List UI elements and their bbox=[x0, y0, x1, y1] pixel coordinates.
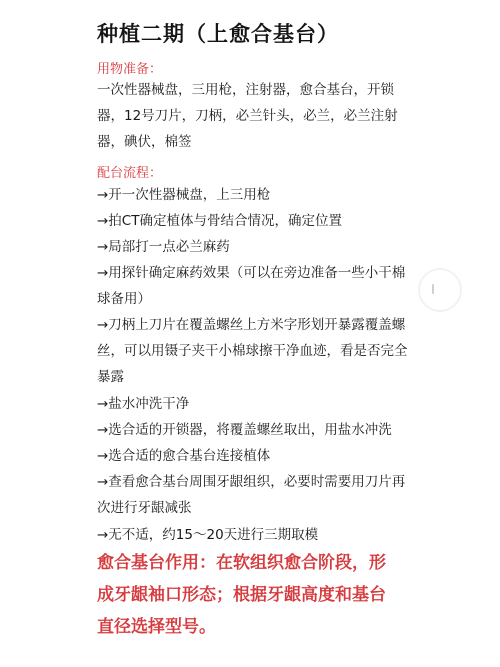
step-line: →查看愈合基台周围牙龈组织，必要时需要用刀片再 bbox=[97, 469, 409, 495]
note-line: 愈合基台作用：在软组织愈合阶段，形 bbox=[97, 547, 417, 579]
materials-line: 一次性器械盘，三用枪，注射器，愈合基台，开锁 bbox=[97, 77, 407, 103]
step-line: →拍CT确定植体与骨结合情况，确定位置 bbox=[97, 208, 409, 234]
step-line: →刀柄上刀片在覆盖螺丝上方米字形划开暴露覆盖螺 bbox=[97, 312, 409, 338]
step-line: →选合适的开锁器，将覆盖螺丝取出，用盐水冲洗 bbox=[97, 417, 409, 443]
procedure-step: →用探针确定麻药效果（可以在旁边准备一些小干棉 球备用） bbox=[97, 260, 409, 312]
step-line: 丝，可以用镊子夹干小棉球擦干净血迹，看是否完全 bbox=[97, 338, 409, 364]
procedure-step: →盐水冲洗干净 bbox=[97, 391, 409, 417]
materials-list: 一次性器械盘，三用枪，注射器，愈合基台，开锁 器，12号刀片，刀柄，必兰针头，必… bbox=[97, 77, 407, 155]
step-line: →选合适的愈合基台连接植体 bbox=[97, 443, 409, 469]
step-line: →用探针确定麻药效果（可以在旁边准备一些小干棉 bbox=[97, 260, 409, 286]
materials-line: 器，12号刀片，刀柄，必兰针头，必兰，必兰注射 bbox=[97, 103, 407, 129]
step-line: →局部打一点必兰麻药 bbox=[97, 234, 409, 260]
procedure-step: →查看愈合基台周围牙龈组织，必要时需要用刀片再 次进行牙龈减张 bbox=[97, 469, 409, 521]
procedure-step: →拍CT确定植体与骨结合情况，确定位置 bbox=[97, 208, 409, 234]
procedure-step: →选合适的开锁器，将覆盖螺丝取出，用盐水冲洗 bbox=[97, 417, 409, 443]
step-line: →开一次性器械盘，上三用枪 bbox=[97, 182, 409, 208]
step-line: 次进行牙龈减张 bbox=[97, 495, 409, 521]
document-title: 种植二期（上愈合基台） bbox=[97, 18, 339, 48]
procedure-step: →选合适的愈合基台连接植体 bbox=[97, 443, 409, 469]
note-line: 直径选择型号。 bbox=[97, 611, 417, 643]
procedure-step: →刀柄上刀片在覆盖螺丝上方米字形划开暴露覆盖螺 丝，可以用镊子夹干小棉球擦干净血… bbox=[97, 312, 409, 390]
note-line: 成牙龈袖口形态；根据牙龈高度和基台 bbox=[97, 579, 417, 611]
procedure-step: →局部打一点必兰麻药 bbox=[97, 234, 409, 260]
partial-circle-button-icon[interactable] bbox=[418, 268, 462, 312]
procedure-step: →开一次性器械盘，上三用枪 bbox=[97, 182, 409, 208]
healing-abutment-note: 愈合基台作用：在软组织愈合阶段，形 成牙龈袖口形态；根据牙龈高度和基台 直径选择… bbox=[97, 547, 417, 643]
step-line: →盐水冲洗干净 bbox=[97, 391, 409, 417]
step-line: →无不适，约15～20天进行三期取模 bbox=[97, 522, 409, 548]
step-line: 球备用） bbox=[97, 286, 409, 312]
materials-line: 器，碘伏，棉签 bbox=[97, 129, 407, 155]
edge-mark-icon bbox=[432, 284, 434, 294]
materials-heading: 用物准备： bbox=[97, 58, 162, 77]
procedure-heading: 配台流程： bbox=[97, 162, 162, 181]
procedure-step: →无不适，约15～20天进行三期取模 bbox=[97, 522, 409, 548]
step-line: 暴露 bbox=[97, 364, 409, 390]
